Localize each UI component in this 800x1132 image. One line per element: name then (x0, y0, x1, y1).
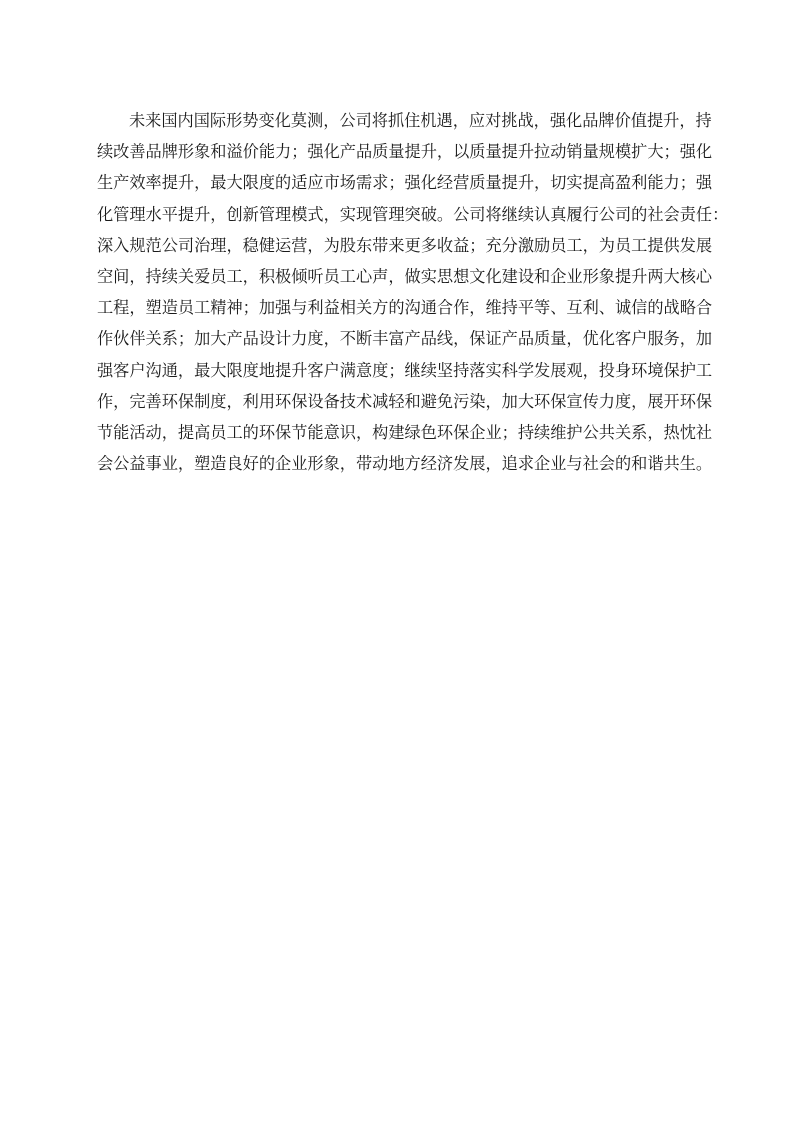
paragraph-line: 空间，持续关爱员工，积极倾听员工心声，做实思想文化建设和企业形象提升两大核心 (97, 261, 707, 292)
paragraph-line: 未来国内国际形势变化莫测，公司将抓住机遇，应对挑战，强化品牌价值提升，持 (97, 105, 707, 136)
paragraph-line: 作伙伴关系；加大产品设计力度，不断丰富产品线，保证产品质量，优化客户服务，加 (97, 323, 707, 354)
paragraph-line: 续改善品牌形象和溢价能力；强化产品质量提升，以质量提升拉动销量规模扩大；强化 (97, 136, 707, 167)
paragraph-line: 生产效率提升，最大限度的适应市场需求；强化经营质量提升，切实提高盈利能力；强 (97, 167, 707, 198)
paragraph-line: 强客户沟通，最大限度地提升客户满意度；继续坚持落实科学发展观，投身环境保护工 (97, 355, 707, 386)
paragraph-line: 化管理水平提升，创新管理模式，实现管理突破。公司将继续认真履行公司的社会责任： (97, 199, 707, 230)
paragraph-line: 作，完善环保制度，利用环保设备技术减轻和避免污染，加大环保宣传力度，展开环保 (97, 386, 707, 417)
paragraph-line: 会公益事业，塑造良好的企业形象，带动地方经济发展，追求企业与社会的和谐共生。 (97, 448, 707, 479)
paragraph-line: 节能活动，提高员工的环保节能意识，构建绿色环保企业；持续维护公共关系，热忱社 (97, 417, 707, 448)
paragraph-line: 深入规范公司治理，稳健运营，为股东带来更多收益；充分激励员工，为员工提供发展 (97, 230, 707, 261)
document-page: 未来国内国际形势变化莫测，公司将抓住机遇，应对挑战，强化品牌价值提升，持 续改善… (0, 0, 800, 1132)
body-paragraph: 未来国内国际形势变化莫测，公司将抓住机遇，应对挑战，强化品牌价值提升，持 续改善… (97, 105, 707, 479)
paragraph-line: 工程，塑造员工精神；加强与利益相关方的沟通合作，维持平等、互利、诚信的战略合 (97, 292, 707, 323)
